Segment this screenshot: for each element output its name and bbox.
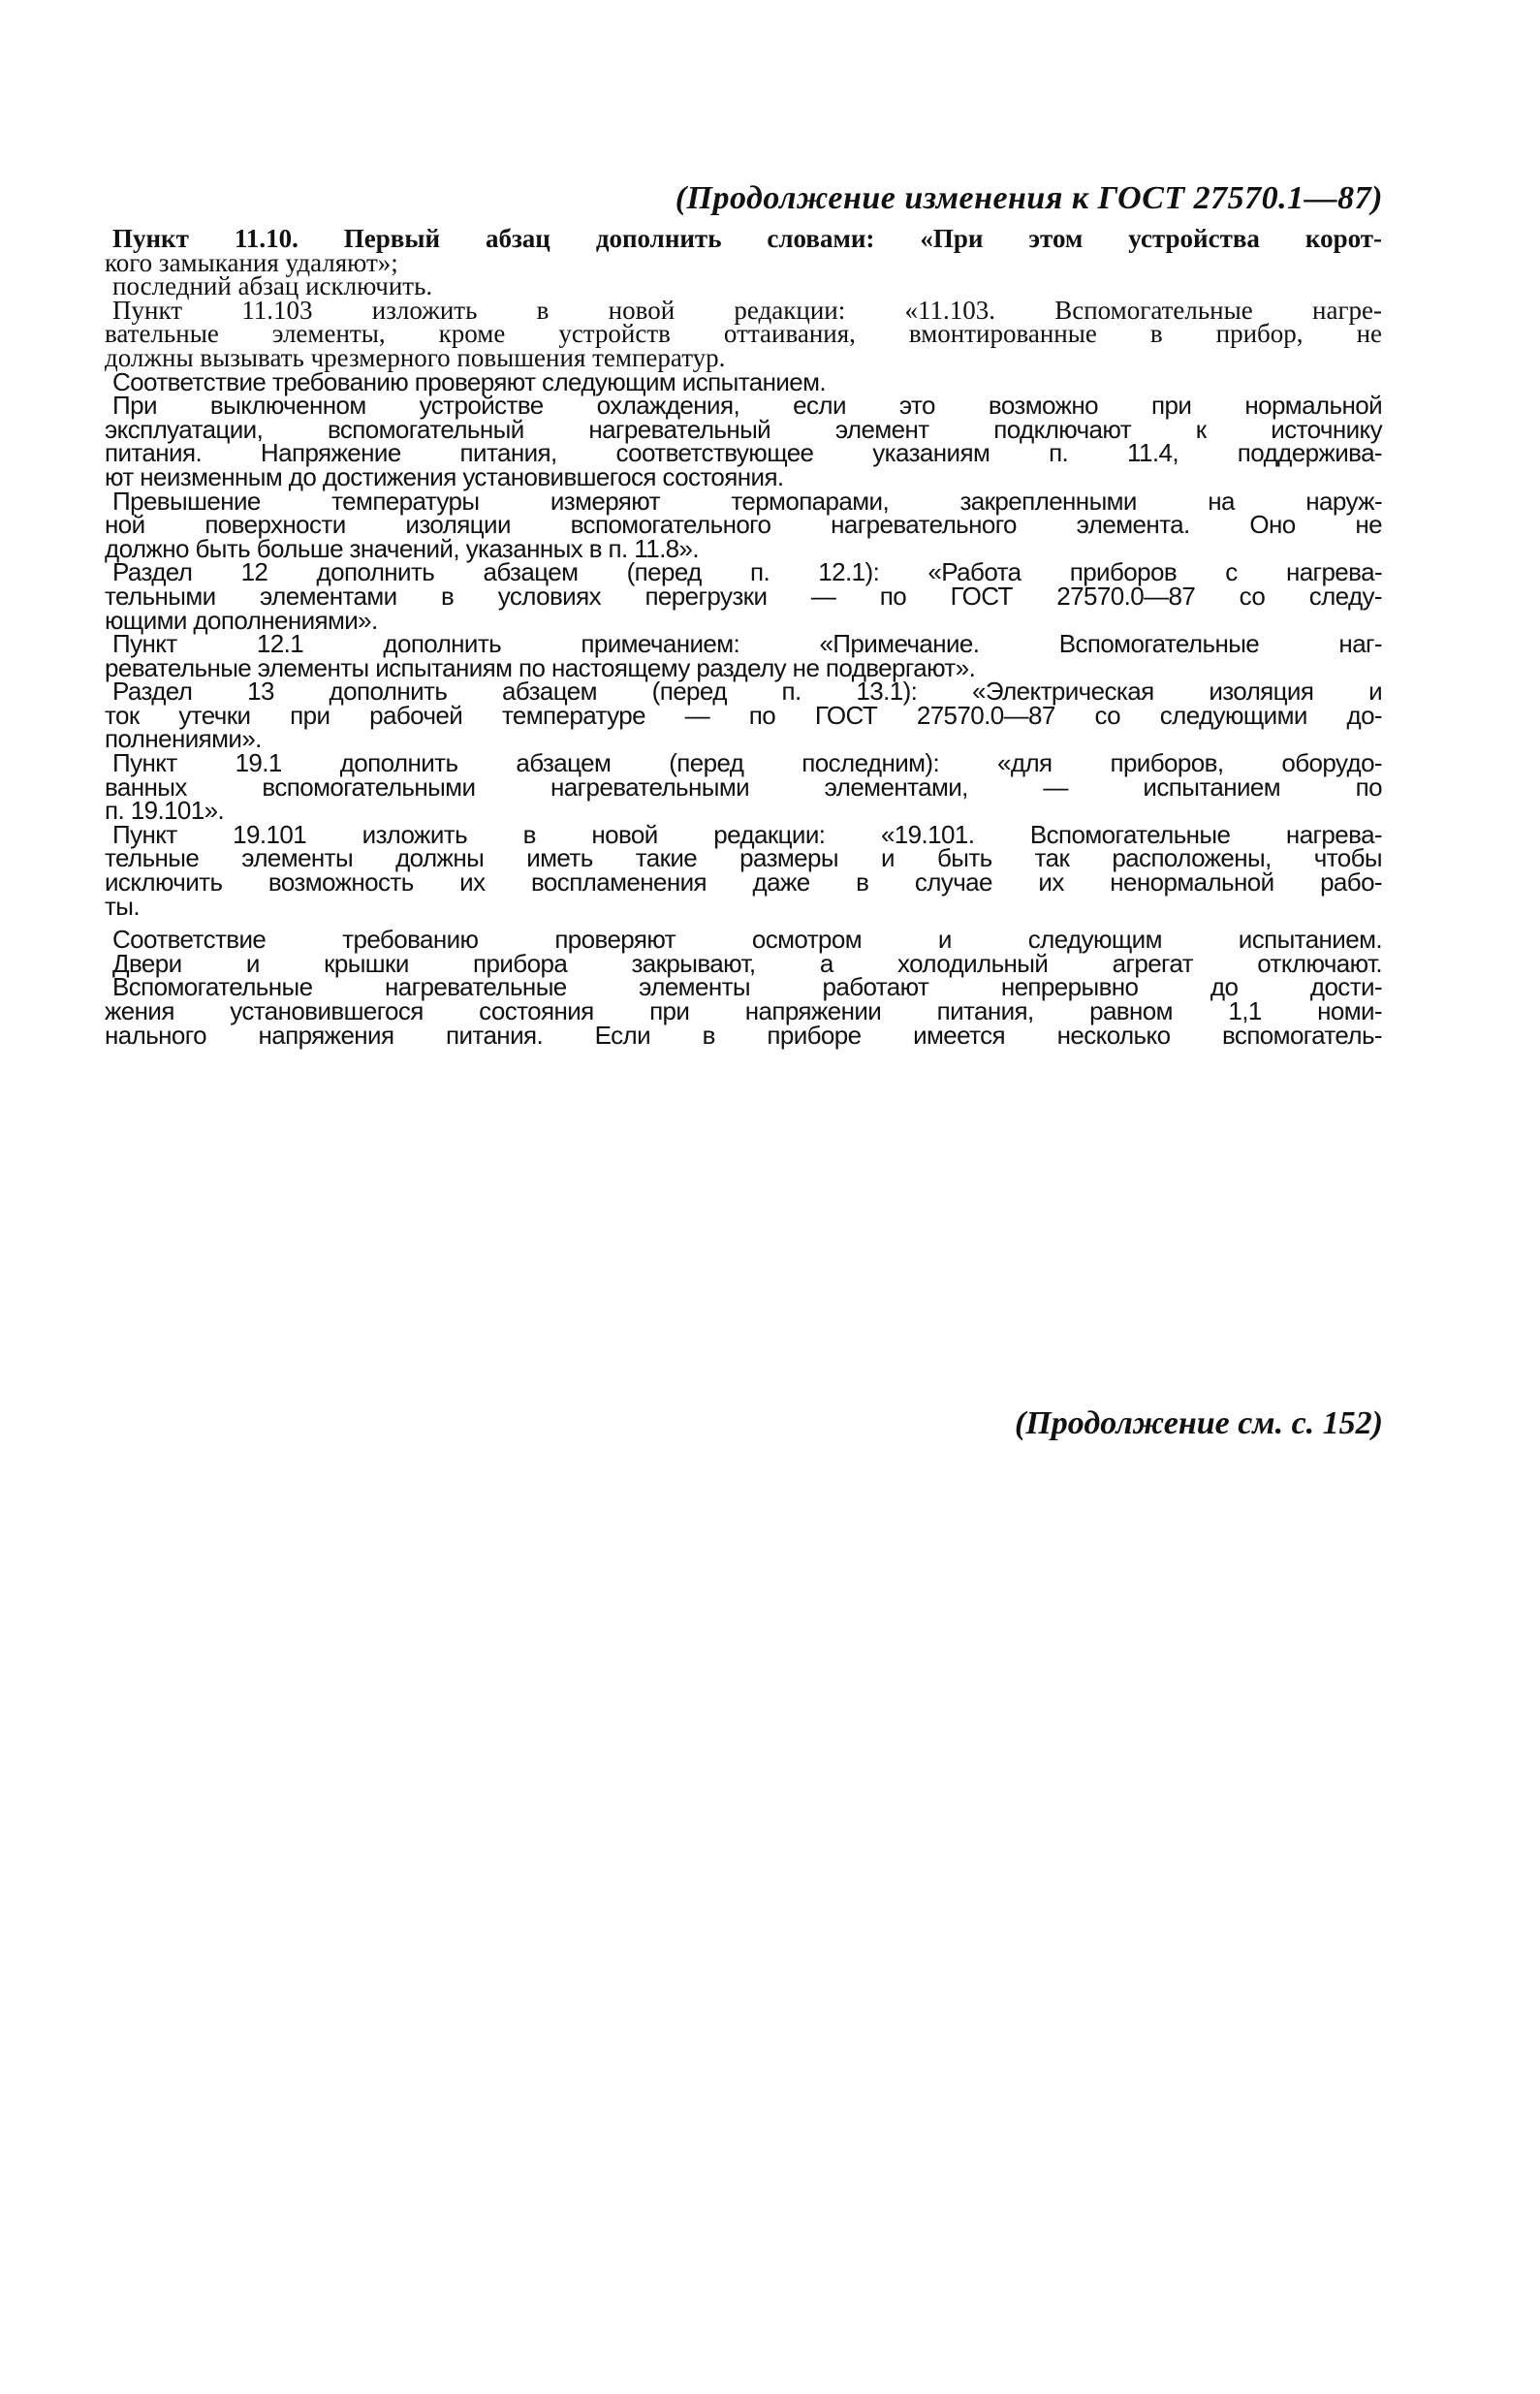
- continuation-header: (Продолжение изменения к ГОСТ 27570.1—87…: [676, 180, 1383, 217]
- text-line: Пункт 11.10. Первый абзац дополнить слов…: [105, 227, 1382, 251]
- text-line: тельными элементами в условиях перегрузк…: [105, 584, 1382, 609]
- text-line: Пункт 12.1 дополнить примечанием: «Приме…: [105, 632, 1382, 656]
- document-page: (Продолжение изменения к ГОСТ 27570.1—87…: [0, 0, 1540, 2394]
- text-line: нального напряжения питания. Если в приб…: [105, 1024, 1382, 1048]
- text-line: должны вызывать чрезмерного повышения те…: [105, 346, 1382, 370]
- document-body: Пункт 11.10. Первый абзац дополнить слов…: [105, 227, 1382, 1047]
- text-line: исключить возможность их воспламенения д…: [105, 870, 1382, 895]
- text-line: Пункт 19.1 дополнить абзацем (перед посл…: [105, 751, 1382, 775]
- continuation-footer: (Продолжение см. с. 152): [1015, 1405, 1383, 1442]
- text-line: ванных вспомогательными нагревательными …: [105, 775, 1382, 800]
- text-line: жения установившегося состояния при напр…: [105, 999, 1382, 1024]
- text-line: ток утечки при рабочей температуре — по …: [105, 704, 1382, 728]
- text-line: ют неизменным до достижения установившег…: [105, 465, 1382, 489]
- text-line: ты.: [105, 895, 1382, 919]
